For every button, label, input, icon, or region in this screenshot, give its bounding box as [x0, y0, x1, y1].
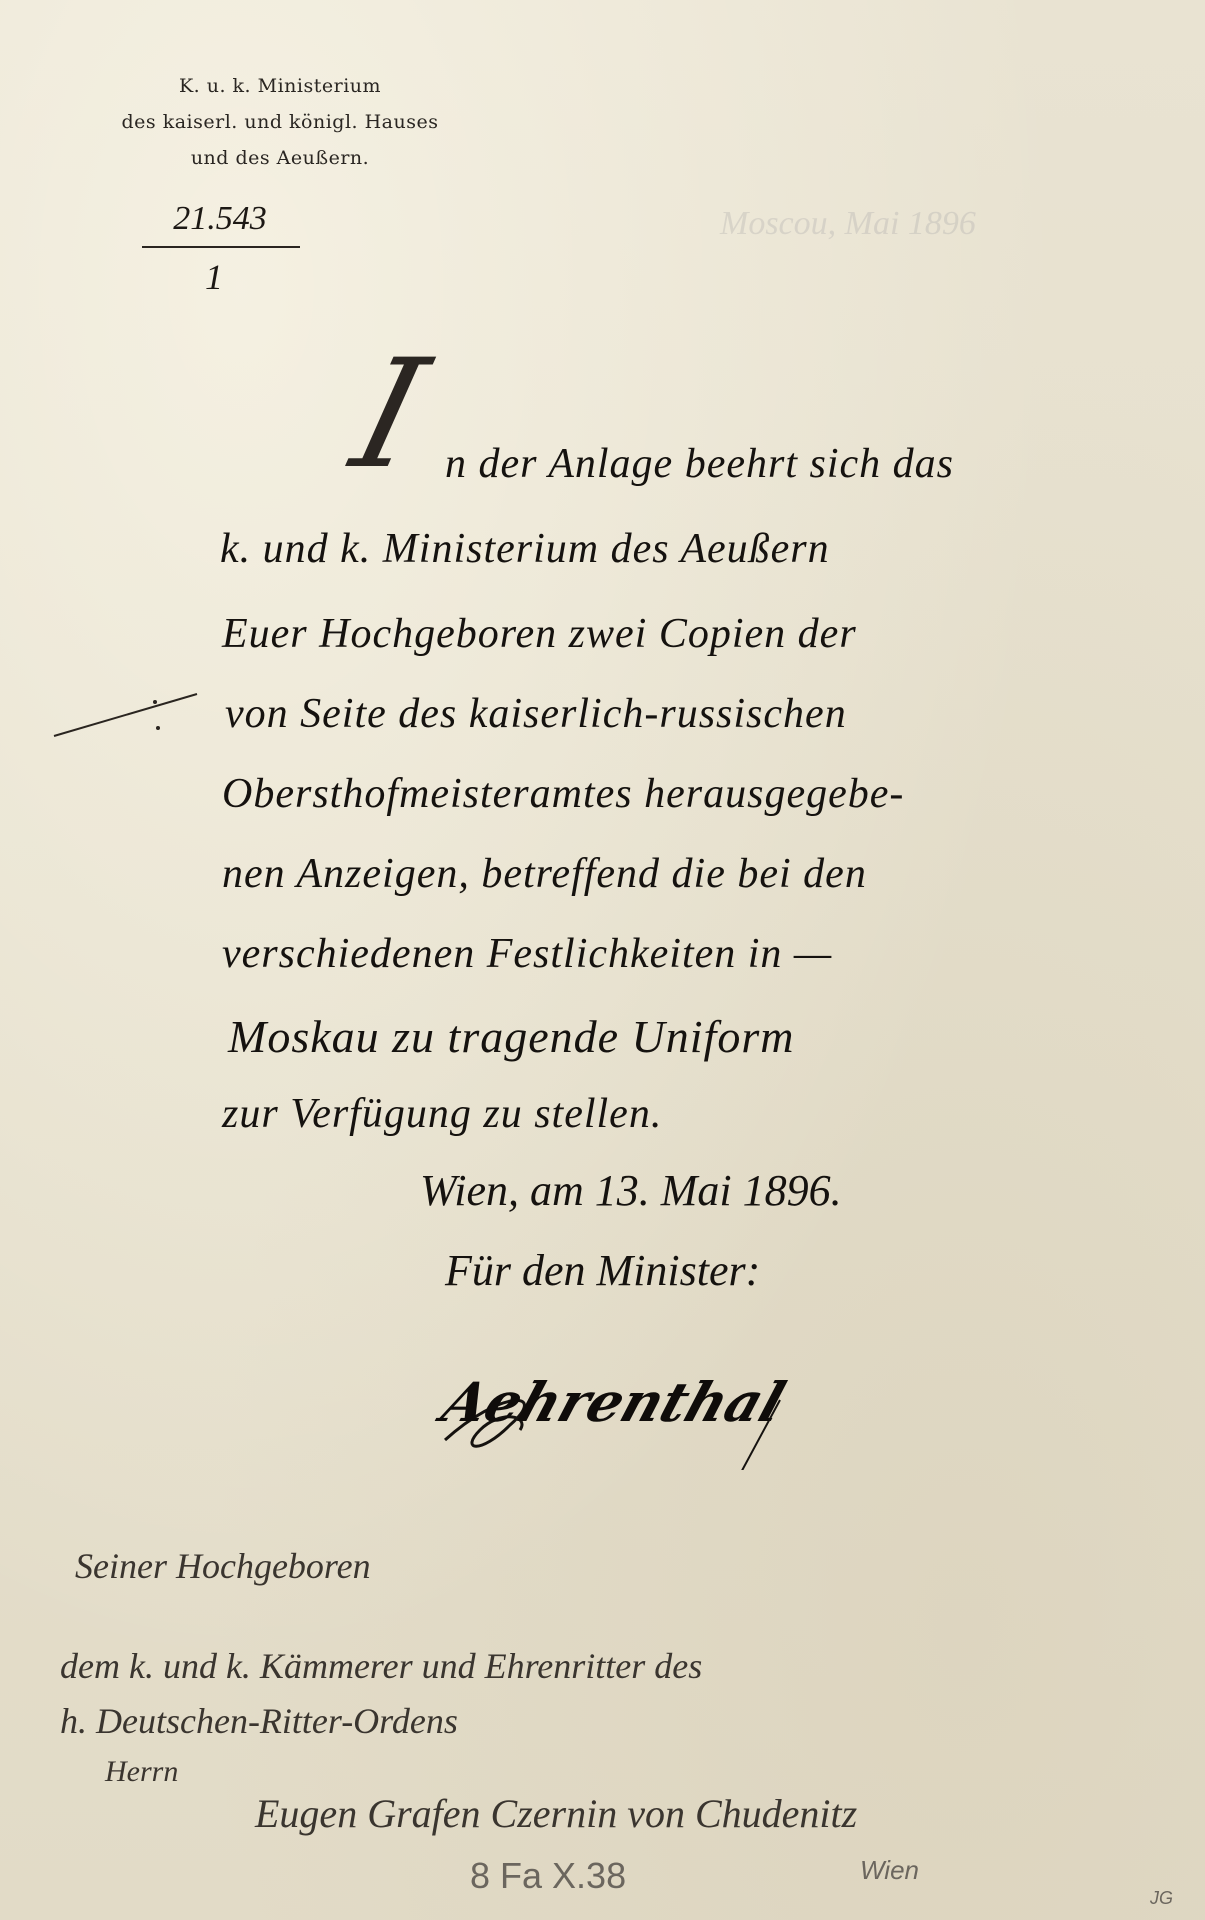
document-page: Moscou, Mai 1896 K. u. k. Ministerium de…: [0, 0, 1205, 1920]
for-minister-line: Für den Minister:: [445, 1245, 760, 1296]
letterhead: K. u. k. Ministerium des kaiserl. und kö…: [95, 68, 465, 176]
signature: Aehrenthal: [435, 1370, 793, 1434]
body-line-7: verschiedenen Festlichkeiten in —: [222, 930, 832, 978]
pencil-initials: JG: [1150, 1888, 1173, 1909]
reference-number: 21.543: [140, 200, 300, 238]
letterhead-line-2: des kaiserl. und königl. Hauses: [95, 104, 465, 140]
letterhead-line-3: und des Aeußern.: [95, 140, 465, 176]
address-line-4: Herrn: [105, 1755, 178, 1789]
address-line-3: h. Deutschen-Ritter-Ordens: [60, 1700, 458, 1742]
reference-sub-number: 1: [205, 256, 223, 298]
address-line-5: Eugen Grafen Czernin von Chudenitz: [255, 1790, 857, 1837]
drop-cap: I: [341, 340, 438, 490]
archive-reference: 8 Fa X.38: [470, 1855, 626, 1897]
body-line-5: Obersthofmeisteramtes herausgegebe-: [222, 770, 904, 818]
body-line-3: Euer Hochgeboren zwei Copien der: [222, 610, 857, 658]
address-line-1: Seiner Hochgeboren: [75, 1545, 371, 1587]
body-line-4: von Seite des kaiserlich-russischen: [225, 690, 847, 738]
date-line: Wien, am 13. Mai 1896.: [420, 1165, 842, 1216]
body-line-1: n der Anlage beehrt sich das: [445, 440, 954, 488]
body-line-6: nen Anzeigen, betreffend die bei den: [222, 850, 867, 898]
body-line-9: zur Verfügung zu stellen.: [222, 1090, 662, 1138]
body-line-2: k. und k. Ministerium des Aeußern: [220, 525, 830, 573]
body-line-8: Moskau zu tragende Uniform: [228, 1010, 794, 1063]
letterhead-line-1: K. u. k. Ministerium: [95, 68, 465, 104]
bleed-through-text: Moscou, Mai 1896: [720, 205, 976, 243]
pencil-city-note: Wien: [860, 1855, 919, 1886]
margin-slash-mark-icon: [52, 690, 202, 740]
address-line-2: dem k. und k. Kämmerer und Ehrenritter d…: [60, 1645, 702, 1687]
reference-underline: [142, 246, 300, 248]
